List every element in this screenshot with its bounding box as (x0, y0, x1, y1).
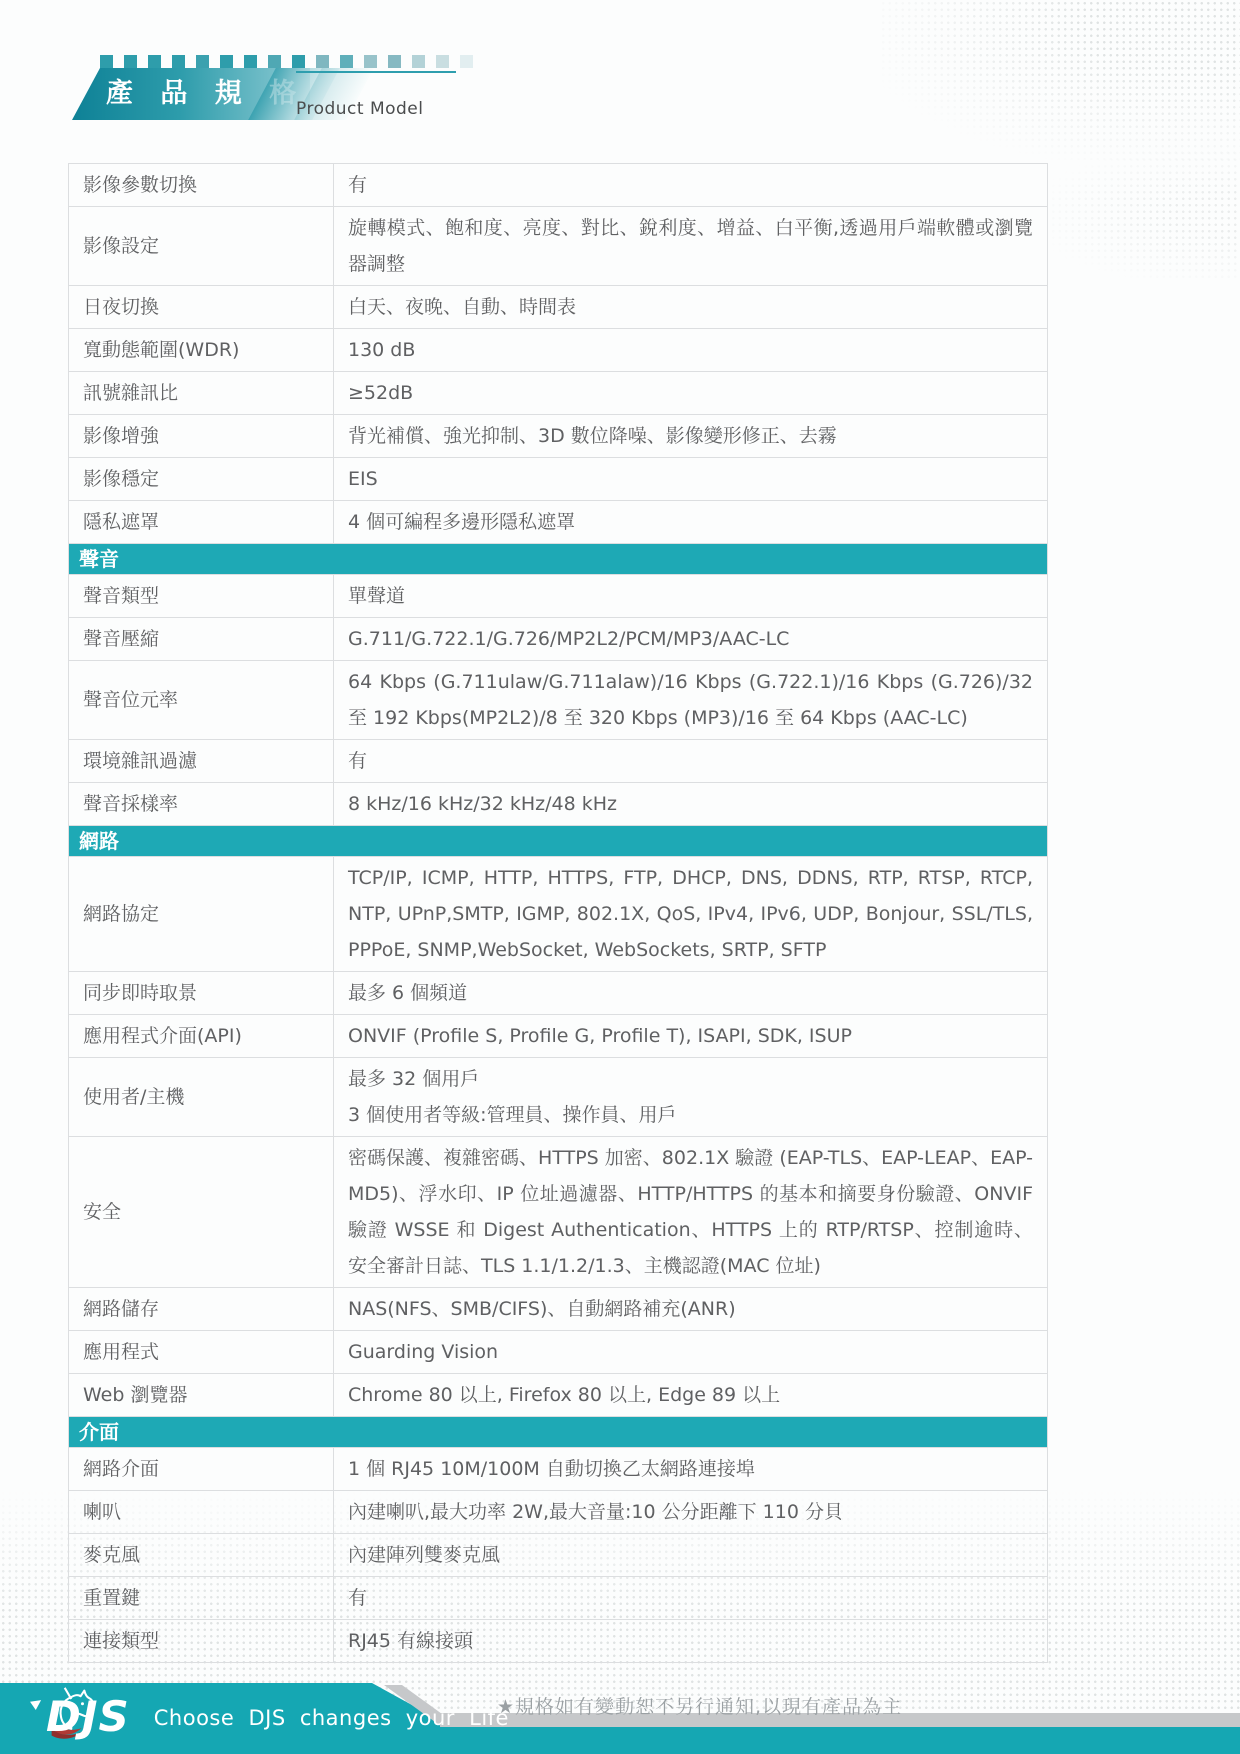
spec-row: 訊號雜訊比≥52dB (69, 372, 1048, 415)
header-square (100, 55, 113, 68)
spec-value: Guarding Vision (334, 1331, 1048, 1374)
header-square (148, 55, 161, 68)
header-square (436, 55, 449, 68)
spec-row: 寬動態範圍(WDR)130 dB (69, 329, 1048, 372)
spec-label: 影像增強 (69, 415, 334, 458)
header-square (460, 55, 473, 68)
spec-label: 寬動態範圍(WDR) (69, 329, 334, 372)
spec-row: 影像穩定EIS (69, 458, 1048, 501)
spec-label: 日夜切換 (69, 286, 334, 329)
spec-label: 影像設定 (69, 207, 334, 286)
spec-label: 訊號雜訊比 (69, 372, 334, 415)
section-header-row: 介面 (69, 1417, 1048, 1448)
spec-value: 1 個 RJ45 10M/100M 自動切換乙太網路連接埠 (334, 1448, 1048, 1491)
spec-label: 應用程式 (69, 1331, 334, 1374)
header-square (316, 55, 329, 68)
spec-value: 有 (334, 1577, 1048, 1620)
spec-value: 4 個可編程多邊形隱私遮罩 (334, 501, 1048, 544)
spec-label: 安全 (69, 1137, 334, 1288)
spec-table: 影像參數切換有影像設定旋轉模式、飽和度、亮度、對比、銳利度、增益、白平衡,透過用… (68, 163, 1048, 1663)
spec-value: ≥52dB (334, 372, 1048, 415)
spec-label: 環境雜訊過濾 (69, 740, 334, 783)
spec-label: 影像參數切換 (69, 164, 334, 207)
spec-value: 密碼保護、複雜密碼、HTTPS 加密、802.1X 驗證 (EAP-TLS、EA… (334, 1137, 1048, 1288)
spec-row: 網路儲存NAS(NFS、SMB/CIFS)、自動網路補充(ANR) (69, 1288, 1048, 1331)
spec-value: 內建喇叭,最大功率 2W,最大音量:10 公分距離下 110 分貝 (334, 1491, 1048, 1534)
spec-row: 應用程式介面(API)ONVIF (Profile S, Profile G, … (69, 1015, 1048, 1058)
footer-brand-block: DJS Choose DJS changes your Life (46, 1685, 509, 1751)
page-subtitle: Product Model (296, 99, 496, 119)
spec-value: EIS (334, 458, 1048, 501)
spec-label: 聲音位元率 (69, 661, 334, 740)
halftone-pattern-top-right (880, 0, 1240, 160)
section-header-row: 網路 (69, 826, 1048, 857)
spec-label: 影像穩定 (69, 458, 334, 501)
spec-value-line: 3 個使用者等級:管理員、操作員、用戶 (348, 1097, 1033, 1133)
header-square (172, 55, 185, 68)
spec-label: Web 瀏覽器 (69, 1374, 334, 1417)
spec-row: 環境雜訊過濾有 (69, 740, 1048, 783)
spec-label: 隱私遮罩 (69, 501, 334, 544)
spec-row: 影像設定旋轉模式、飽和度、亮度、對比、銳利度、增益、白平衡,透過用戶端軟體或瀏覽… (69, 207, 1048, 286)
header-square (388, 55, 401, 68)
spec-value: 8 kHz/16 kHz/32 kHz/48 kHz (334, 783, 1048, 826)
spec-value: RJ45 有線接頭 (334, 1620, 1048, 1663)
spec-label: 同步即時取景 (69, 972, 334, 1015)
footer: DJS Choose DJS changes your Life ★規格如有變動… (0, 1683, 1240, 1754)
spec-value: 有 (334, 740, 1048, 783)
spec-label: 網路介面 (69, 1448, 334, 1491)
spec-row: 影像參數切換有 (69, 164, 1048, 207)
spec-value: TCP/IP, ICMP, HTTP, HTTPS, FTP, DHCP, DN… (334, 857, 1048, 972)
spec-value: 內建陣列雙麥克風 (334, 1534, 1048, 1577)
spec-row: 喇叭內建喇叭,最大功率 2W,最大音量:10 公分距離下 110 分貝 (69, 1491, 1048, 1534)
section-header-row: 聲音 (69, 544, 1048, 575)
spec-label: 網路儲存 (69, 1288, 334, 1331)
spec-row: 連接類型RJ45 有線接頭 (69, 1620, 1048, 1663)
header-square (412, 55, 425, 68)
section-title: 聲音 (69, 544, 1048, 575)
spec-value: 130 dB (334, 329, 1048, 372)
spec-label: 聲音類型 (69, 575, 334, 618)
spec-value: ONVIF (Profile S, Profile G, Profile T),… (334, 1015, 1048, 1058)
spec-value-line: 最多 32 個用戶 (348, 1061, 1033, 1097)
spec-row: 應用程式Guarding Vision (69, 1331, 1048, 1374)
spec-label: 連接類型 (69, 1620, 334, 1663)
header-square (340, 55, 353, 68)
spec-row: 網路介面1 個 RJ45 10M/100M 自動切換乙太網路連接埠 (69, 1448, 1048, 1491)
footer-tagline: Choose DJS changes your Life (154, 1706, 509, 1730)
spec-value: 旋轉模式、飽和度、亮度、對比、銳利度、增益、白平衡,透過用戶端軟體或瀏覽器調整 (334, 207, 1048, 286)
spec-value: 背光補償、強光抑制、3D 數位降噪、影像變形修正、去霧 (334, 415, 1048, 458)
spec-row: 隱私遮罩4 個可編程多邊形隱私遮罩 (69, 501, 1048, 544)
spec-value: 有 (334, 164, 1048, 207)
spec-row: 聲音壓縮G.711/G.722.1/G.726/MP2L2/PCM/MP3/AA… (69, 618, 1048, 661)
product-spec-sheet: 產 品 規 格 Product Model 影像參數切換有影像設定旋轉模式、飽和… (0, 0, 1240, 1754)
spec-label: 聲音壓縮 (69, 618, 334, 661)
spec-value: 64 Kbps (G.711ulaw/G.711alaw)/16 Kbps (G… (334, 661, 1048, 740)
spec-value: 最多 6 個頻道 (334, 972, 1048, 1015)
section-title: 網路 (69, 826, 1048, 857)
spec-row: 使用者/主機最多 32 個用戶3 個使用者等級:管理員、操作員、用戶 (69, 1058, 1048, 1137)
badge-underline (296, 71, 456, 73)
spec-label: 喇叭 (69, 1491, 334, 1534)
header-square (268, 55, 281, 68)
header-squares-strip (100, 55, 473, 68)
spec-row: 聲音位元率64 Kbps (G.711ulaw/G.711alaw)/16 Kb… (69, 661, 1048, 740)
spec-row: 聲音採樣率8 kHz/16 kHz/32 kHz/48 kHz (69, 783, 1048, 826)
spec-row: 聲音類型單聲道 (69, 575, 1048, 618)
header-square (364, 55, 377, 68)
spec-row: 同步即時取景最多 6 個頻道 (69, 972, 1048, 1015)
spec-row: 麥克風內建陣列雙麥克風 (69, 1534, 1048, 1577)
footer-disclaimer: ★規格如有變動恕不另行通知,以現有產品為主 (497, 1692, 902, 1719)
header-square (292, 55, 305, 68)
spec-row: 日夜切換白天、夜晚、自動、時間表 (69, 286, 1048, 329)
spec-row: 網路協定TCP/IP, ICMP, HTTP, HTTPS, FTP, DHCP… (69, 857, 1048, 972)
spec-label: 使用者/主機 (69, 1058, 334, 1137)
spec-label: 麥克風 (69, 1534, 334, 1577)
spec-row: 安全密碼保護、複雜密碼、HTTPS 加密、802.1X 驗證 (EAP-TLS、… (69, 1137, 1048, 1288)
header-square (220, 55, 233, 68)
spec-label: 重置鍵 (69, 1577, 334, 1620)
spec-value: 單聲道 (334, 575, 1048, 618)
spec-label: 應用程式介面(API) (69, 1015, 334, 1058)
spec-row: 重置鍵有 (69, 1577, 1048, 1620)
djs-wordmark: DJS (46, 1692, 130, 1741)
header-square (244, 55, 257, 68)
spec-row: Web 瀏覽器Chrome 80 以上, Firefox 80 以上, Edge… (69, 1374, 1048, 1417)
spec-value: G.711/G.722.1/G.726/MP2L2/PCM/MP3/AAC-LC (334, 618, 1048, 661)
spec-value: Chrome 80 以上, Firefox 80 以上, Edge 89 以上 (334, 1374, 1048, 1417)
halftone-pattern-mid-right (1050, 150, 1240, 280)
spec-value: 最多 32 個用戶3 個使用者等級:管理員、操作員、用戶 (334, 1058, 1048, 1137)
header-square (196, 55, 209, 68)
spec-value: 白天、夜晚、自動、時間表 (334, 286, 1048, 329)
spec-label: 聲音採樣率 (69, 783, 334, 826)
header-square (124, 55, 137, 68)
spec-label: 網路協定 (69, 857, 334, 972)
spec-value: NAS(NFS、SMB/CIFS)、自動網路補充(ANR) (334, 1288, 1048, 1331)
spec-row: 影像增強背光補償、強光抑制、3D 數位降噪、影像變形修正、去霧 (69, 415, 1048, 458)
section-title: 介面 (69, 1417, 1048, 1448)
